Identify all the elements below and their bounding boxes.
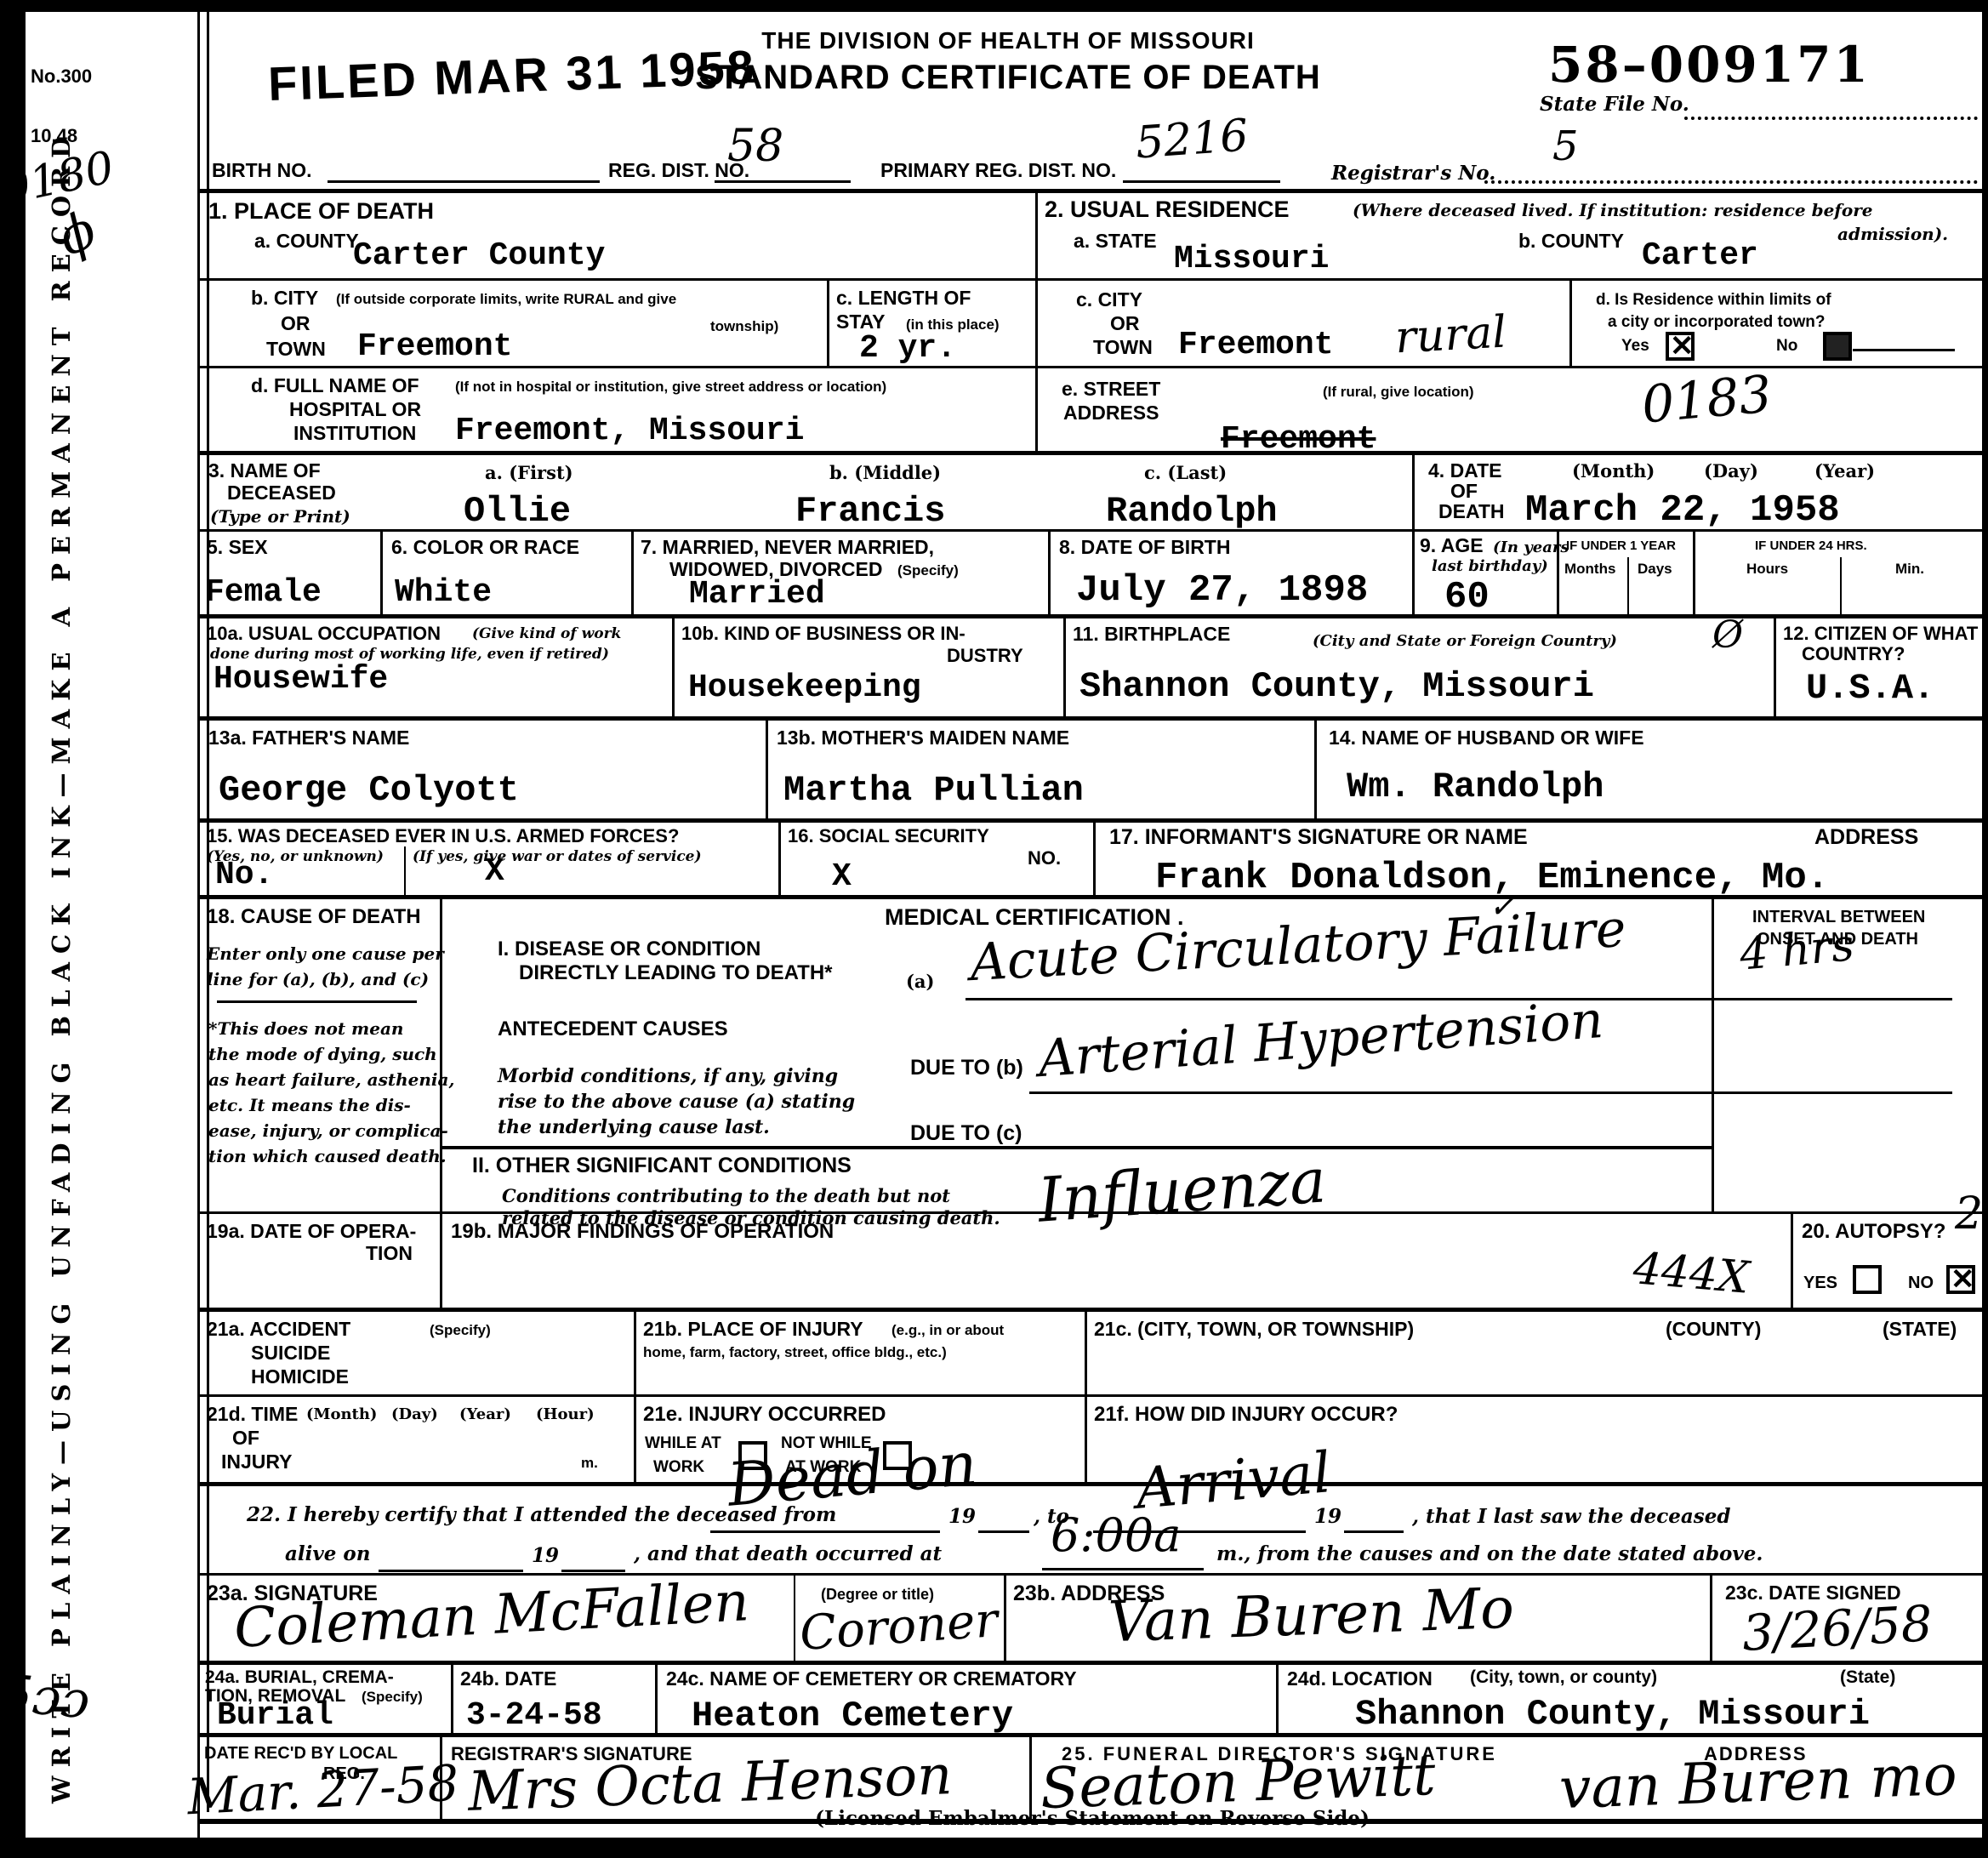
burial-note: (Specify) [362,1689,423,1706]
field-street-address: e. STREET ADDRESS (If rural, give locati… [1038,368,1985,455]
stay-value: 2 yr. [859,330,956,367]
sex-label: 5. SEX [207,537,268,557]
row-place-residence: 1. PLACE OF DEATH a. COUNTY Carter Count… [200,193,1985,455]
limits-yes-checkbox [1666,332,1695,361]
cause-section-divider [442,1146,1714,1149]
section-place-of-death: 1. PLACE OF DEATH a. COUNTY Carter Count… [200,193,1038,455]
state-label: a. STATE [1074,231,1157,251]
antecedent-label: ANTECEDENT CAUSES [498,1018,728,1040]
hours-label: Hours [1746,561,1788,578]
row-injury-time: 21d. TIME (Month) (Day) (Year) (Hour) OF… [200,1397,1985,1486]
certify-line2c: m., from the causes and on the date stat… [1216,1542,1763,1565]
row-burial: 24a. BURIAL, CREMA- TION, REMOVAL (Speci… [200,1665,1985,1737]
dod-value: March 22, 1958 [1525,489,1840,532]
interval-a-value: 4 hrs [1738,920,1856,981]
state-value: Missouri [1174,241,1329,277]
cause-a-line [966,976,1714,1000]
cause-b-label: DUE TO (b) [910,1057,1023,1079]
street-hw-value: 0183 [1639,364,1774,435]
findings-label: 19b. MAJOR FINDINGS OF OPERATION [451,1221,834,1242]
armed-divider [404,846,406,895]
autopsy-no-checkbox [1946,1265,1975,1294]
spouse-value: Wm. Randolph [1347,767,1604,807]
cause-note2b: the mode of dying, such [208,1044,437,1064]
stay-label1: c. LENGTH OF [836,288,971,308]
limits-no-label: No [1776,337,1797,356]
stay-label2: STAY [836,311,886,332]
section-usual-residence: 2. USUAL RESIDENCE (Where deceased lived… [1038,193,1985,455]
row-signature: 23a. SIGNATURE Coleman McFallen (Degree … [200,1576,1985,1665]
margin-vertical-instruction: WRITE PLAINLY—USING UNFADING BLACK INK—M… [47,357,76,1804]
father-label: 13a. FATHER'S NAME [208,727,409,748]
middle-name-value: Francis [795,491,945,532]
hospital-label2: HOSPITAL OR [289,399,421,419]
injury-month-label: (Month) [306,1405,377,1423]
city-or-label: OR [281,313,310,333]
field-hospital: d. FULL NAME OF (If not in hospital or i… [200,368,1038,455]
dod-label1: 4. DATE [1428,460,1501,481]
res-city-hw: rural [1394,307,1508,364]
age-value: 60 [1444,576,1490,618]
field-age: 9. AGE (In years last birthday) 60 [1415,532,1559,618]
field-mother: 13b. MOTHER'S MAIDEN NAME Martha Pullian [768,721,1317,820]
residence-note1: (Where deceased lived. If institution: r… [1353,200,1873,220]
injury-time-label3: INJURY [221,1451,293,1472]
row-operation: 19a. DATE OF OPERA- TION 19b. MAJOR FIND… [200,1214,1985,1312]
injury-time-label1: 21d. TIME [207,1404,298,1424]
street-struck-value: Freemont [1221,421,1376,458]
other-note1: Conditions contributing to the death but… [502,1185,950,1206]
birthplace-label: 11. BIRTHPLACE [1073,624,1230,644]
state-file-dotted-line [1684,93,1978,120]
industry-label1: 10b. KIND OF BUSINESS OR IN- [681,624,966,643]
armed-label: 15. WAS DECEASED EVER IN U.S. ARMED FORC… [207,826,679,846]
row-family: 13a. FATHER'S NAME George Colyott 13b. M… [200,721,1985,823]
medical-certification-area: MEDICAL CERTIFICATION . ✓ I. DISEASE OR … [442,899,1714,1211]
state-file-number: 58–009171 [1548,36,1871,94]
name-label1: 3. NAME OF [208,460,321,481]
certificate-form: FILED MAR 31 1958 THE DIVISION OF HEALTH… [197,12,1985,1838]
cemetery-label: 24c. NAME OF CEMETERY OR CREMATORY [666,1668,1077,1689]
dod-day-label: (Day) [1704,460,1758,482]
marital-value: Married [689,576,825,613]
field-injury-place: 21b. PLACE OF INJURY (e.g., in or about … [636,1312,1087,1394]
interval-b-line [1714,1069,1952,1094]
certify-blank1b [978,1510,1029,1533]
field-burial-date: 24b. DATE 3-24-58 [453,1665,658,1733]
row-name-vitals: 3. NAME OF DECEASED (Type or Print) a. (… [200,455,1985,618]
field-dob: 8. DATE OF BIRTH July 27, 1898 [1051,532,1415,618]
registrar-no-dotted [1484,158,1978,184]
sex-value: Female [205,574,322,611]
death-certificate-scan: No.300 10.48 0180 ϕ WRITE PLAINLY—USING … [0,0,1988,1858]
birth-no-label: BIRTH NO. [212,160,312,180]
injury-time-label2: OF [232,1428,259,1448]
injury-place-note1: (e.g., in or about [891,1322,1004,1339]
certify-line2b: , and that death occurred at [634,1542,942,1565]
sign-address-hw: Van Buren Mo [1108,1576,1515,1656]
occupation-note2: done during most of working life, even i… [210,646,609,663]
citizen-label2: COUNTRY? [1802,644,1905,664]
field-informant: 17. INFORMANT'S SIGNATURE OR NAME ADDRES… [1096,823,1985,895]
injury-place-note2: home, farm, factory, street, office bldg… [643,1344,947,1361]
reg-dist-blank [715,158,851,183]
field-race: 6. COLOR OR RACE White [383,532,634,618]
cemetery-value: Heaton Cemetery [692,1696,1013,1736]
field-name: 3. NAME OF DECEASED (Type or Print) a. (… [200,455,1415,532]
autopsy-label: 20. AUTOPSY? [1802,1221,1945,1242]
location-value: Shannon County, Missouri [1355,1694,1870,1735]
age-note2: last birthday) [1432,557,1548,575]
cause-b-line [1029,1069,1714,1094]
morbid-note3: the underlying cause last. [498,1116,770,1138]
limits-no-checkbox [1823,332,1852,361]
homicide-label: HOMICIDE [251,1366,349,1387]
disease-label2: DIRECTLY LEADING TO DEATH* [519,962,832,983]
field-burial-type: 24a. BURIAL, CREMA- TION, REMOVAL (Speci… [200,1665,453,1733]
informant-label: 17. INFORMANT'S SIGNATURE OR NAME [1109,826,1528,848]
suicide-label: SUICIDE [251,1342,330,1363]
autopsy-hw: 2 [1955,1188,1983,1240]
res-city-label: c. CITY [1076,289,1142,310]
age-label: 9. AGE [1420,535,1484,556]
industry-value: Housekeeping [688,670,921,706]
row-occupation: 10a. USUAL OCCUPATION (Give kind of work… [200,618,1985,721]
father-value: George Colyott [219,770,519,811]
field-spouse: 14. NAME OF HUSBAND OR WIFE Wm. Randolph [1317,721,1985,820]
cause-a-label: (a) [906,971,934,992]
last-name-label: c. (Last) [1144,462,1227,483]
certify-blank3b [561,1549,625,1572]
days-label: Days [1638,561,1672,578]
marital-label1: 7. MARRIED, NEVER MARRIED, [641,537,934,557]
field-under-24hrs: IF UNDER 24 HRS. Hours Min. [1695,532,1985,618]
hospital-value: Freemont, Missouri [455,413,804,449]
burial-date-label: 24b. DATE [460,1668,556,1689]
date-signed-hw: 3/26/58 [1740,1594,1934,1662]
injury-m-label: m. [581,1455,598,1472]
birthplace-hw-mark: Ø [1712,613,1743,657]
accident-note: (Specify) [430,1322,491,1339]
birthplace-note: (City and State or Foreign Country) [1313,632,1617,650]
scan-edge-bottom [0,1838,1988,1858]
row-cause-of-death: 18. CAUSE OF DEATH Enter only one cause … [200,899,1985,1214]
cause-rule [217,989,417,1003]
cause-note2f: tion which caused death. [208,1146,447,1166]
cause-c-label: DUE TO (c) [910,1122,1022,1144]
birth-no-blank [328,158,600,183]
limits-stroke [1853,333,1955,351]
injury-state-label: (STATE) [1883,1319,1957,1339]
limits-yes-label: Yes [1621,337,1649,356]
scan-edge-left [0,0,26,1858]
occupation-note1: (Give kind of work [472,625,621,642]
field-accident: 21a. ACCIDENT (Specify) SUICIDE HOMICIDE [200,1312,636,1394]
accident-label: 21a. ACCIDENT [207,1319,350,1339]
field-length-of-stay: c. LENGTH OF STAY (in this place) 2 yr. [829,281,1038,368]
usual-residence-title: 2. USUAL RESIDENCE [1045,197,1290,223]
burial-value: Burial [217,1697,333,1734]
injury-year-label: (Year) [459,1405,511,1423]
field-armed-forces: 15. WAS DECEASED EVER IN U.S. ARMED FORC… [200,823,781,895]
injury-county-label: (COUNTY) [1666,1319,1761,1339]
field-operation-date: 19a. DATE OF OPERA- TION [200,1214,442,1309]
mother-value: Martha Pullian [783,770,1084,811]
scan-edge-top [0,0,1988,12]
dod-label2: OF [1450,481,1478,501]
race-label: 6. COLOR OR RACE [391,537,579,557]
dob-value: July 27, 1898 [1076,569,1368,612]
age-note1: (In years [1493,539,1569,556]
field-sex: 5. SEX Female [200,532,383,618]
under1-label: IF UNDER 1 YEAR [1566,539,1676,553]
street-label2: ADDRESS [1063,402,1159,423]
certify-blank3 [379,1549,523,1572]
ssn-label2: NO. [1028,848,1061,868]
res-town-label: TOWN [1093,337,1153,357]
street-note: (If rural, give location) [1323,384,1474,401]
city-note2: township) [710,318,778,335]
cause-note2d: etc. It means the dis- [208,1095,411,1115]
marital-note: (Specify) [897,562,959,579]
field-city-town: b. CITY (If outside corporate limits, wr… [200,281,829,368]
industry-label2: DUSTRY [947,646,1023,665]
city-value: Freemont [357,328,512,365]
injury-city-label: 21c. (CITY, TOWN, OR TOWNSHIP) [1094,1319,1414,1339]
ssn-value: X [832,858,852,895]
under24-divider [1840,557,1842,618]
dod-year-label: (Year) [1814,460,1875,482]
field-date-signed: 23c. DATE SIGNED 3/26/58 [1712,1576,1985,1662]
autopsy-yes-checkbox [1853,1265,1882,1294]
armed-value: No. [215,857,273,893]
morbid-note1: Morbid conditions, if any, giving [498,1065,838,1087]
how-injury-label: 21f. HOW DID INJURY OCCUR? [1094,1404,1398,1425]
burial-label1: 24a. BURIAL, CREMA- [205,1668,394,1687]
row-injury-place: 21a. ACCIDENT (Specify) SUICIDE HOMICIDE… [200,1312,1985,1397]
field-autopsy: 20. AUTOPSY? 2 YES NO [1793,1214,1985,1309]
limits-label1: d. Is Residence within limits of [1596,291,1831,310]
while-at-label2: WORK [653,1458,704,1477]
residence-note2: admission). [1837,224,1948,244]
birthplace-value: Shannon County, Missouri [1079,666,1594,707]
cause-note1b: line for (a), (b), and (c) [207,969,429,989]
city-label: b. CITY [251,288,318,308]
primary-reg-label: PRIMARY REG. DIST. NO. [880,160,1116,180]
cause-note2c: as heart failure, asthenia, [208,1069,454,1090]
findings-hw: 444X [1632,1243,1752,1304]
name-note: (Type or Print) [210,506,350,527]
field-res-limits: d. Is Residence within limits of a city … [1572,281,1985,368]
field-ssn: 16. SOCIAL SECURITY NO. X [781,823,1096,895]
header-section: FILED MAR 31 1958 THE DIVISION OF HEALTH… [200,12,1985,193]
certify-time-hw: 6:00a [1051,1508,1181,1562]
field-injury-time: 21d. TIME (Month) (Day) (Year) (Hour) OF… [200,1397,636,1484]
interval-column: INTERVAL BETWEEN ONSET AND DEATH 4 hrs [1714,899,1985,1211]
dod-month-label: (Month) [1572,460,1655,482]
certify-year2: 19 [1314,1505,1341,1528]
other-conditions-label: II. OTHER SIGNIFICANT CONDITIONS [472,1154,852,1177]
injury-occurred-label: 21e. INJURY OCCURRED [643,1404,886,1425]
embalmer-note: (Licensed Embalmer's Statement on Revers… [200,1807,1985,1830]
dod-label3: DEATH [1438,501,1505,521]
autopsy-no-label: NO [1908,1274,1934,1293]
field-father: 13a. FATHER'S NAME George Colyott [200,721,768,820]
disease-label1: I. DISEASE OR CONDITION [498,938,760,960]
first-name-value: Ollie [464,491,571,532]
certify-line1b: , that I last saw the deceased [1412,1505,1730,1528]
dob-label: 8. DATE OF BIRTH [1059,537,1230,557]
row-service-informant: 15. WAS DECEASED EVER IN U.S. ARMED FORC… [200,823,1985,899]
middle-name-label: b. (Middle) [829,462,941,483]
field-degree: (Degree or title) Coroner [794,1576,1006,1662]
certify-line2a: alive on [285,1542,370,1565]
form-number: No.300 [31,66,92,86]
interval-a-line [1714,976,1952,1000]
op-date-label2: TION [366,1243,413,1263]
res-county-label: b. COUNTY [1518,231,1624,251]
occupation-value: Housewife [214,661,388,698]
spouse-label: 14. NAME OF HUSBAND OR WIFE [1329,727,1644,748]
last-name-value: Randolph [1106,491,1278,532]
field-industry: 10b. KIND OF BUSINESS OR IN- DUSTRY Hous… [675,618,1066,718]
field-sign-address: 23b. ADDRESS Van Buren Mo [1006,1576,1712,1662]
autopsy-yes-label: YES [1803,1274,1837,1293]
cause-sidebar: 18. CAUSE OF DEATH Enter only one cause … [200,899,442,1211]
occupation-label: 10a. USUAL OCCUPATION [207,624,441,643]
ssn-label1: 16. SOCIAL SECURITY [788,826,989,846]
handwritten-margin-bottom: 5ɔɔ [0,1664,92,1731]
city-note: (If outside corporate limits, write RURA… [336,291,676,308]
registrar-no-label: Registrar's No. [1331,162,1495,185]
under24-label: IF UNDER 24 HRS. [1755,539,1867,553]
county-value: Carter County [353,237,605,274]
field-burial-location: 24d. LOCATION (City, town, or county) (S… [1279,1665,1985,1733]
injury-place-label: 21b. PLACE OF INJURY [643,1319,863,1339]
burial-date-value: 3-24-58 [466,1697,602,1734]
row-certify: 22. I hereby certify that I attended the… [200,1486,1985,1576]
race-value: White [395,574,492,611]
field-marital: 7. MARRIED, NEVER MARRIED, WIDOWED, DIVO… [634,532,1051,618]
cause-note2e: ease, injury, or complica- [208,1120,448,1141]
field-citizen: 12. CITIZEN OF WHAT COUNTRY? U.S.A. [1776,618,1985,718]
op-date-label1: 19a. DATE OF OPERA- [207,1221,416,1241]
title-line2: STANDARD CERTIFICATE OF DEATH [676,59,1340,97]
certify-blank1 [710,1510,940,1533]
cause-title: 18. CAUSE OF DEATH [207,906,421,927]
name-label2: DECEASED [227,482,336,503]
certify-year1: 19 [948,1505,976,1528]
title-line1: THE DIVISION OF HEALTH OF MISSOURI [710,27,1306,54]
injury-hour-label: (Hour) [536,1405,595,1423]
field-operation-findings: 19b. MAJOR FINDINGS OF OPERATION 444X [442,1214,1793,1309]
field-res-city: c. CITY OR TOWN Freemont rural [1038,281,1572,368]
field-birthplace: 11. BIRTHPLACE (City and State or Foreig… [1066,618,1776,718]
hospital-label3: INSTITUTION [293,423,416,443]
cause-note2a: *This does not mean [208,1018,403,1039]
res-county-value: Carter [1642,237,1758,274]
mother-label: 13b. MOTHER'S MAIDEN NAME [777,727,1069,748]
field-cemetery: 24c. NAME OF CEMETERY OR CREMATORY Heato… [658,1665,1279,1733]
field-occupation: 10a. USUAL OCCUPATION (Give kind of work… [200,618,675,718]
hospital-label1: d. FULL NAME OF [251,375,419,396]
certify-time-line [1042,1559,1204,1570]
injury-day-label: (Day) [391,1405,438,1423]
field-county: 1. PLACE OF DEATH a. COUNTY Carter Count… [200,193,1038,281]
citizen-label1: 12. CITIZEN OF WHAT [1783,624,1978,643]
min-label: Min. [1895,561,1924,578]
city-town-label: TOWN [266,339,326,359]
place-of-death-title: 1. PLACE OF DEATH [208,198,434,225]
morbid-note2: rise to the above cause (a) stating [498,1091,855,1113]
location-note2: (State) [1840,1668,1895,1687]
certify-year3: 19 [532,1544,559,1567]
armed-value2: X [485,853,504,890]
field-under-1yr: IF UNDER 1 YEAR Months Days [1559,532,1695,618]
field-state-county: 2. USUAL RESIDENCE (Where deceased lived… [1038,193,1985,281]
informant-addr-label: ADDRESS [1814,826,1918,848]
field-injury-city: 21c. (CITY, TOWN, OR TOWNSHIP) (COUNTY) … [1087,1312,1985,1394]
location-note: (City, town, or county) [1470,1668,1657,1687]
state-file-label: State File No. [1540,93,1689,116]
while-at-label1: WHILE AT [645,1434,721,1453]
certify-blank2b [1344,1510,1404,1533]
armed-note2: (If yes, give war or dates of service) [413,848,702,865]
first-name-label: a. (First) [485,462,573,483]
hospital-note: (If not in hospital or institution, give… [455,379,886,396]
under1-divider [1627,557,1629,618]
county-label: a. COUNTY [254,231,359,251]
field-date-of-death: 4. DATE OF DEATH (Month) (Day) (Year) Ma… [1415,455,1985,532]
res-city-value: Freemont [1178,327,1333,363]
location-label: 24d. LOCATION [1287,1668,1433,1689]
cause-note1a: Enter only one cause per [207,943,444,964]
months-label: Months [1564,561,1615,578]
street-label1: e. STREET [1062,379,1160,399]
field-signature: 23a. SIGNATURE Coleman McFallen [200,1576,794,1662]
citizen-value: U.S.A. [1806,668,1934,709]
limits-label2: a city or incorporated town? [1608,313,1825,332]
primary-reg-blank [1123,158,1280,183]
res-or-label: OR [1110,313,1140,333]
